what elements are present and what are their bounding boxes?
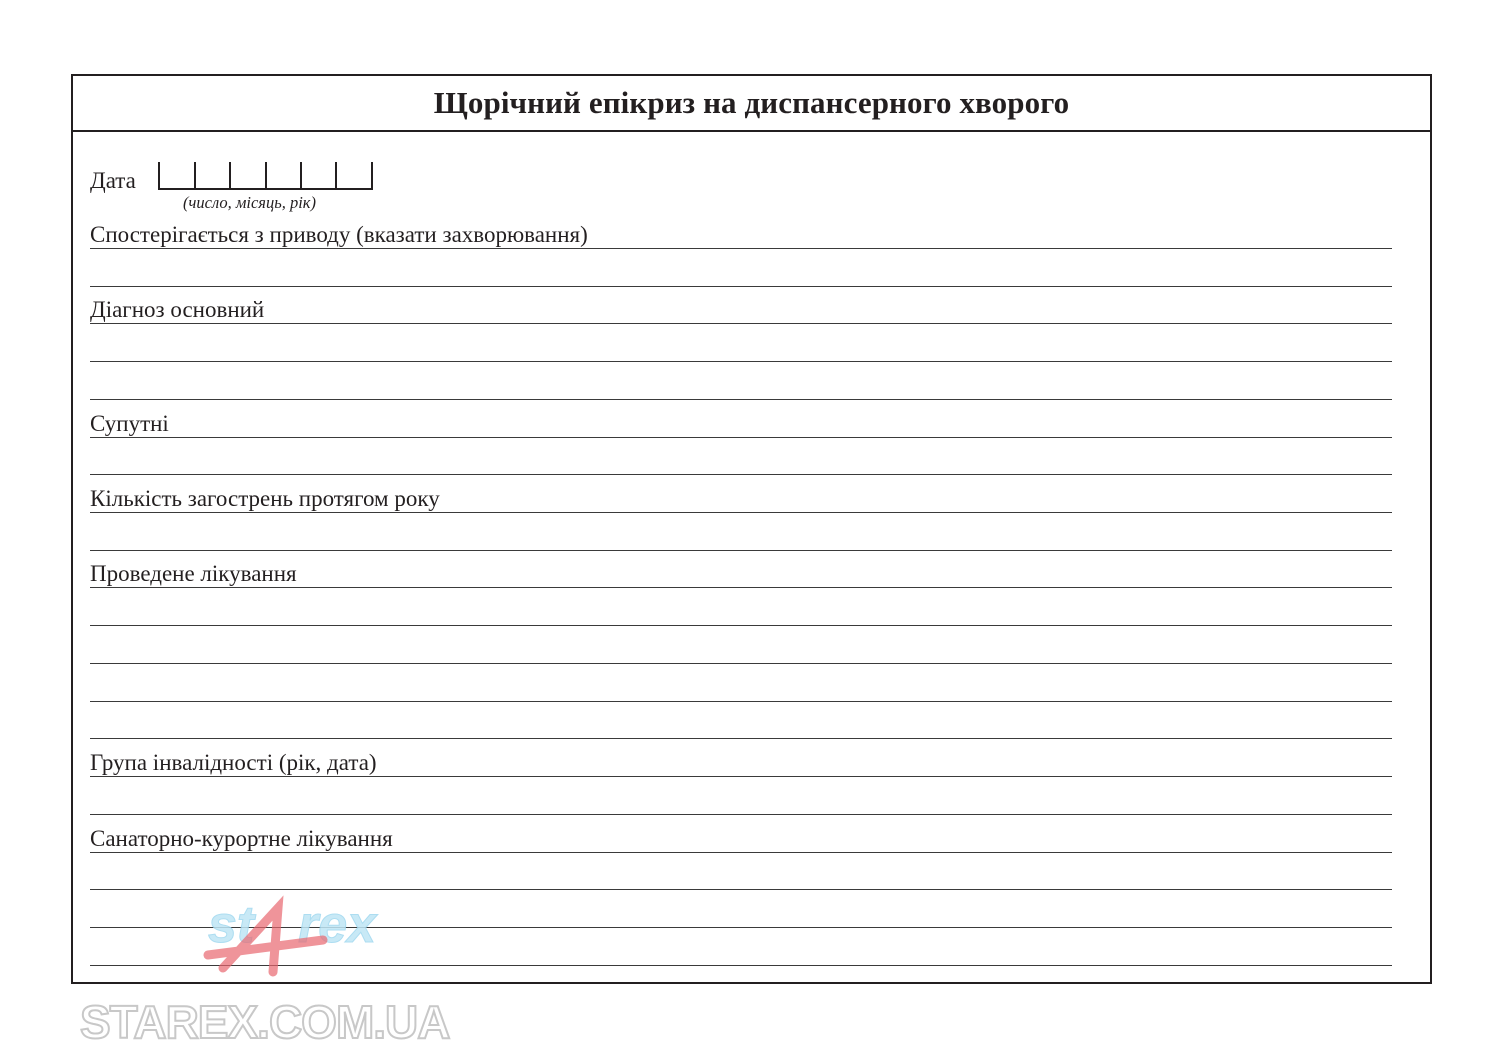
field-line[interactable] [90,776,1392,777]
field-line[interactable] [90,512,1392,513]
field-label: Діагноз основний [90,297,265,323]
date-cell-divider [265,162,267,188]
field-continuation-line[interactable] [90,889,1392,890]
field-continuation-line[interactable] [90,738,1392,739]
field-continuation-line[interactable] [90,474,1392,475]
field-label: Спостерігається з приводу (вказати захво… [90,222,589,248]
field-label: Група інвалідності (рік, дата) [90,750,378,776]
field-continuation-line[interactable] [90,361,1392,362]
field-continuation-line[interactable] [90,701,1392,702]
field-continuation-line[interactable] [90,814,1392,815]
field-line[interactable] [90,437,1392,438]
field-label: Санаторно-курортне лікування [90,826,394,852]
date-cell-divider [194,162,196,188]
field-line[interactable] [90,852,1392,853]
date-cell-divider [300,162,302,188]
field-continuation-line[interactable] [90,286,1392,287]
date-input-cells[interactable] [158,162,373,190]
field-label: Проведене лікування [90,561,298,587]
date-label: Дата [90,168,136,194]
form-header: Щорічний епікриз на диспансерного хворог… [73,76,1430,132]
field-continuation-line[interactable] [90,927,1392,928]
starex-site-watermark: STAREX.COM.UA [80,995,450,1049]
field-line[interactable] [90,248,1392,249]
form-title: Щорічний епікриз на диспансерного хворог… [434,85,1069,120]
date-hint: (число, місяць, рік) [183,193,316,213]
field-label: Кількість загострень протягом року [90,486,441,512]
field-line[interactable] [90,323,1392,324]
field-continuation-line[interactable] [90,550,1392,551]
field-continuation-line[interactable] [90,965,1392,966]
date-cell-divider [229,162,231,188]
field-continuation-line[interactable] [90,663,1392,664]
date-cell-divider [335,162,337,188]
field-continuation-line[interactable] [90,625,1392,626]
field-line[interactable] [90,587,1392,588]
field-continuation-line[interactable] [90,399,1392,400]
field-label: Супутні [90,411,170,437]
